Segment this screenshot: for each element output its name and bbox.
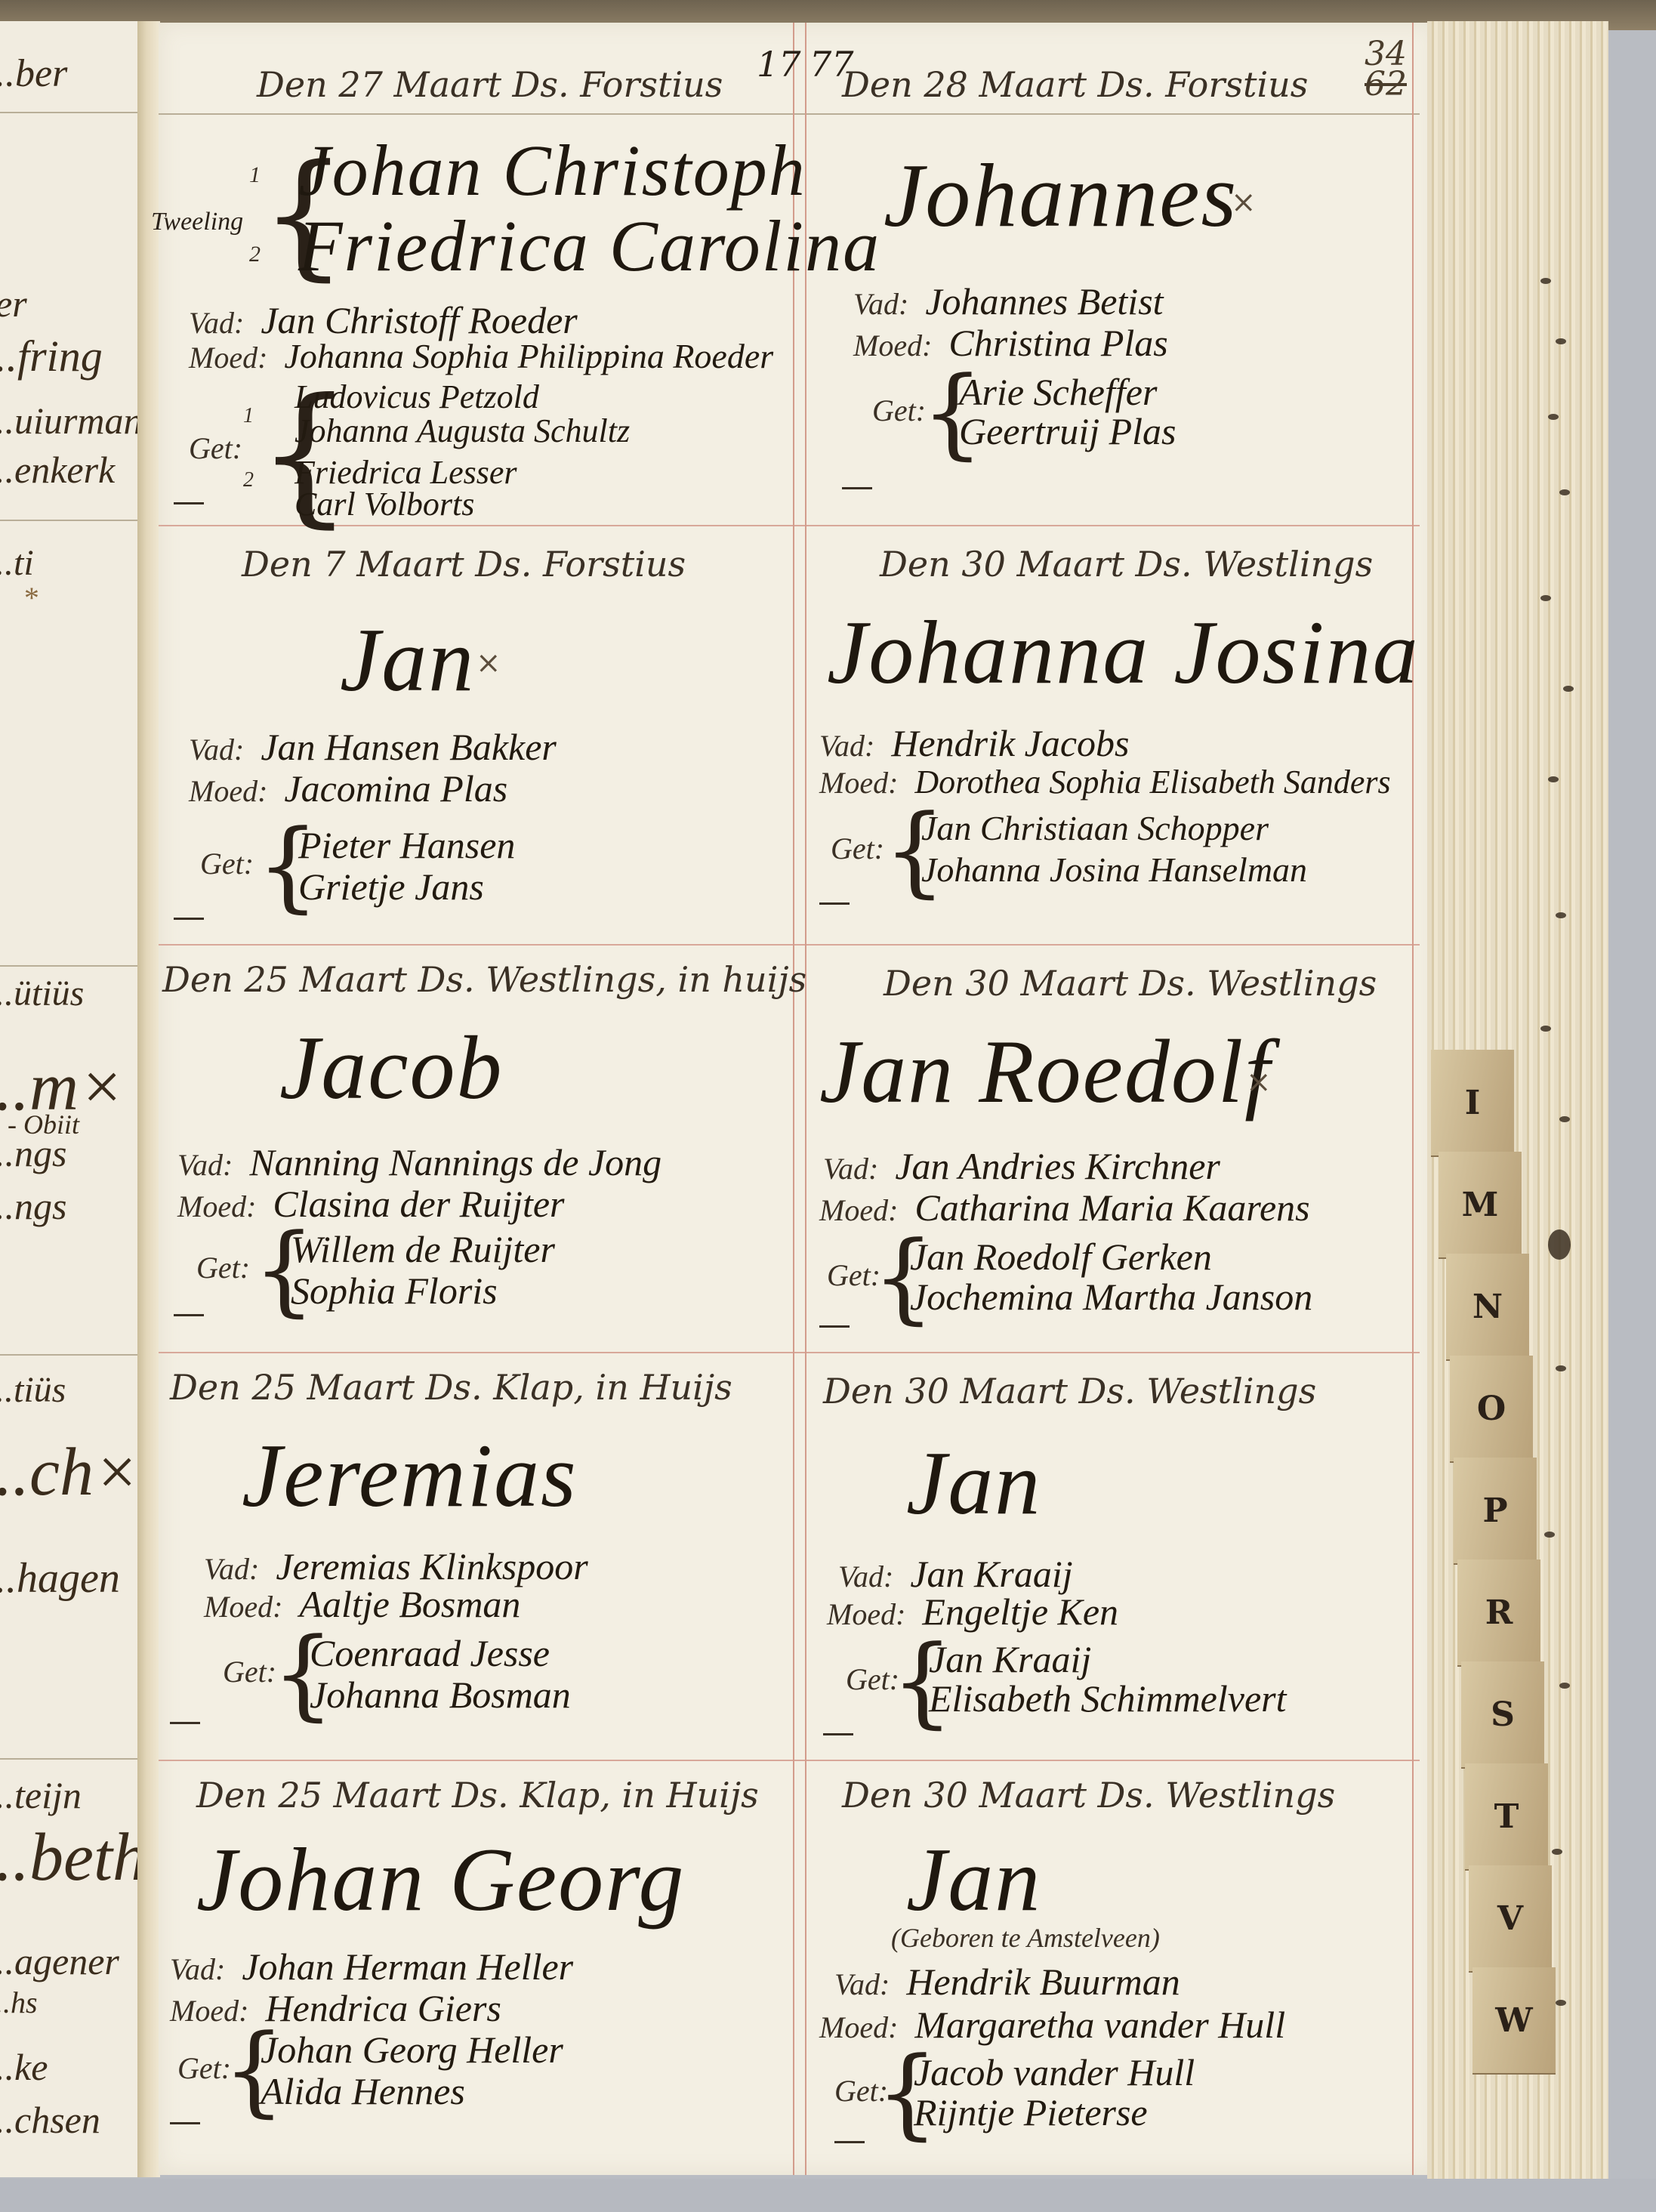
witness-row: Grietje Jans — [298, 865, 484, 909]
witness-name: Johanna Augusta Schultz — [295, 412, 630, 449]
foxing-spot — [1540, 1026, 1551, 1032]
father-label: Vad: — [204, 1551, 259, 1587]
witness-row: Johanna Augusta Schultz — [295, 412, 630, 450]
left-page-text: ..ütiüs — [0, 973, 84, 1014]
witness-row: Jochemina Martha Janson — [910, 1275, 1312, 1319]
index-tab[interactable]: R — [1457, 1560, 1540, 1667]
witness-row: Rijntje Pieterse — [914, 2090, 1148, 2134]
child-name: Johan Christoph — [298, 128, 806, 212]
witness-name: Geertruij Plas — [959, 410, 1176, 452]
witness-row: Jacob vander Hull — [914, 2050, 1195, 2094]
entry-end-dash — [174, 1314, 204, 1316]
mother-row: Moed: Hendrica Giers — [170, 1986, 501, 2030]
mother-row: Moed: Aaltje Bosman — [204, 1582, 520, 1626]
baptism-entry: Den 25 Maart Ds. Klap, in Huijs Jeremias… — [159, 1352, 793, 1760]
left-page-text: er — [0, 282, 27, 325]
father-name: Jan Hansen Bakker — [261, 726, 557, 768]
witnesses-label: Get: — [223, 1654, 276, 1689]
father-label: Vad: — [819, 728, 874, 764]
mother-label: Moed: — [177, 1189, 256, 1224]
left-page-rule — [0, 1758, 137, 1760]
index-tab[interactable]: M — [1439, 1152, 1522, 1259]
cross-mark: × — [1231, 185, 1257, 220]
left-page-text: ..beth — [0, 1819, 137, 1896]
entry-header: Den 30 Maart Ds. Westlings — [842, 1775, 1335, 1816]
entry-header: Den 25 Maart Ds. Klap, in Huijs — [196, 1775, 759, 1816]
witness-group-number: 1 — [243, 404, 254, 428]
foxing-spot — [1548, 414, 1559, 420]
left-page-text: ..chsen — [0, 2098, 100, 2142]
foxing-spot — [1559, 1116, 1570, 1122]
father-label: Vad: — [170, 1951, 225, 1987]
mother-name: Hendrica Giers — [265, 1987, 501, 2029]
witness-row: Elisabeth Schimmelvert — [929, 1677, 1287, 1720]
mother-label: Moed: — [189, 773, 267, 809]
foxing-spot — [1556, 912, 1566, 918]
witness-row: Alida Hennes — [261, 2069, 465, 2113]
witness-row: Geertruij Plas — [959, 409, 1176, 453]
entry-end-dash — [170, 2122, 200, 2124]
child-name: Jeremias — [242, 1424, 578, 1528]
father-row: Vad: Johan Herman Heller — [170, 1945, 573, 1988]
entry-end-dash — [842, 487, 872, 489]
witness-name: Grietje Jans — [298, 865, 484, 908]
left-page-text: ..ch× — [0, 1433, 137, 1511]
foxing-spot — [1548, 1229, 1571, 1260]
child-name: Jan — [340, 608, 475, 712]
baptism-entry: Den 30 Maart Ds. Westlings Jan Roedolf ×… — [808, 944, 1412, 1352]
witnesses-label: Get: — [831, 831, 884, 866]
twin-label: Tweeling — [151, 208, 243, 236]
witness-name: Pieter Hansen — [298, 824, 515, 866]
witness-row: Jan Christiaan Schopper — [921, 808, 1269, 848]
child-name: Johan Georg — [196, 1828, 685, 1932]
father-label: Vad: — [177, 1147, 233, 1183]
mother-name: Clasina der Ruijter — [273, 1183, 564, 1225]
witness-name: Coenraad Jesse — [310, 1632, 550, 1674]
father-name: Jan Christoff Roeder — [261, 299, 577, 341]
foxing-spot — [1556, 338, 1566, 344]
father-row: Vad: Nanning Nannings de Jong — [177, 1140, 661, 1184]
father-name: Johan Herman Heller — [242, 1945, 573, 1988]
left-facing-page: ..ber er ..fring ..uiurman ..enkerk ..ti… — [0, 21, 137, 2177]
left-page-rule — [0, 1354, 137, 1356]
father-label: Vad: — [838, 1559, 893, 1594]
father-row: Vad: Johannes Betist — [853, 279, 1164, 323]
entry-end-dash — [174, 918, 204, 920]
mother-row: Moed: Engeltje Ken — [827, 1590, 1118, 1634]
mother-row: Moed: Clasina der Ruijter — [177, 1182, 565, 1226]
witness-row: Sophia Floris — [291, 1269, 498, 1313]
foxing-spot — [1559, 489, 1570, 495]
mother-row: Moed: Christina Plas — [853, 321, 1168, 365]
witnesses-label: Get: — [872, 393, 926, 428]
foxing-spot — [1556, 2000, 1566, 2006]
baptism-entry: Den 27 Maart Ds. Forstius Tweeling 1 2 {… — [159, 23, 793, 525]
left-page-text: ..uiurman — [0, 399, 137, 443]
father-name: Jan Andries Kirchner — [895, 1145, 1220, 1187]
baptism-entry: Den 25 Maart Ds. Klap, in Huijs Johan Ge… — [159, 1760, 793, 2175]
witness-name: Carl Volborts — [295, 486, 474, 523]
mother-label: Moed: — [189, 340, 267, 375]
left-page-rule — [0, 965, 137, 967]
left-page-text: ..enkerk — [0, 448, 115, 492]
left-page-text: ..ke — [0, 2045, 48, 2089]
father-label: Vad: — [189, 732, 244, 767]
book-gutter — [137, 21, 160, 2177]
father-name: Jan Kraaij — [910, 1553, 1072, 1595]
foxing-spot — [1540, 595, 1551, 601]
father-row: Vad: Hendrik Buurman — [834, 1960, 1180, 2004]
foxing-spot — [1559, 1683, 1570, 1689]
baptism-entry: Den 30 Maart Ds. Westlings Jan Vad: Jan … — [808, 1352, 1412, 1760]
entry-header: Den 28 Maart Ds. Forstius — [842, 64, 1308, 105]
father-name: Johannes Betist — [925, 280, 1163, 322]
witness-name: Jan Kraaij — [929, 1638, 1091, 1680]
witness-name: Ludovicus Petzold — [295, 378, 539, 415]
mother-label: Moed: — [853, 328, 932, 363]
baptism-entry: Den 7 Maart Ds. Forstius Jan × Vad: Jan … — [159, 525, 793, 944]
witness-row: Ludovicus Petzold — [295, 378, 539, 416]
index-tab[interactable]: N — [1446, 1254, 1529, 1361]
witness-row: Willem de Ruijter — [291, 1227, 555, 1271]
entry-header: Den 30 Maart Ds. Westlings — [880, 544, 1373, 585]
entry-end-dash — [819, 1325, 850, 1328]
entry-end-dash — [834, 2141, 865, 2143]
index-tab[interactable]: W — [1473, 1967, 1556, 2075]
father-label: Vad: — [834, 1967, 890, 2002]
mother-name: Jacomina Plas — [284, 767, 507, 810]
father-row: Vad: Hendrik Jacobs — [819, 721, 1130, 765]
index-tab[interactable]: T — [1465, 1763, 1548, 1871]
mother-name: Dorothea Sophia Elisabeth Sanders — [914, 764, 1390, 801]
father-label: Vad: — [853, 286, 908, 322]
witness-name: Alida Hennes — [261, 2070, 465, 2112]
father-name: Hendrik Buurman — [906, 1961, 1180, 2003]
foxing-spot — [1563, 686, 1574, 692]
entry-end-dash — [823, 1733, 853, 1735]
father-row: Vad: Jan Andries Kirchner — [823, 1144, 1220, 1188]
witness-name: Arie Scheffer — [959, 371, 1157, 413]
witness-name: Jan Christiaan Schopper — [921, 809, 1269, 847]
witness-name: Jacob vander Hull — [914, 2051, 1195, 2093]
left-page-rule — [0, 112, 137, 113]
witnesses-label: Get: — [196, 1250, 250, 1285]
center-rule — [793, 23, 794, 2175]
entry-header: Den 30 Maart Ds. Westlings — [884, 963, 1377, 1004]
witness-group-number: 2 — [243, 468, 254, 492]
witness-row: Jan Roedolf Gerken — [910, 1235, 1212, 1279]
foxing-spot — [1544, 1532, 1555, 1538]
witness-name: Elisabeth Schimmelvert — [929, 1677, 1287, 1720]
witness-row: Johan Georg Heller — [261, 2028, 563, 2072]
witness-row: Johanna Josina Hanselman — [921, 850, 1307, 890]
baptism-entry: Den 30 Maart Ds. Westlings Johanna Josin… — [808, 525, 1412, 944]
left-page-text: ..tiüs — [0, 1369, 66, 1411]
mother-name: Catharina Maria Kaarens — [914, 1186, 1309, 1229]
baptism-entry: Den 30 Maart Ds. Westlings Jan (Geboren … — [808, 1760, 1412, 2175]
entry-end-dash — [819, 902, 850, 905]
mother-label: Moed: — [204, 1589, 282, 1624]
background-surface — [0, 2179, 1656, 2212]
foxing-spot — [1548, 776, 1559, 782]
center-rule — [805, 23, 806, 2175]
child-name: Johanna Josina — [827, 600, 1420, 705]
asterisk-mark: * — [23, 580, 38, 615]
witness-row: Jan Kraaij — [929, 1637, 1091, 1681]
alphabet-index-tabs: I M N O P R S T V W — [1431, 1050, 1529, 2137]
index-tab[interactable]: P — [1454, 1458, 1537, 1565]
left-page-text: ..ber — [0, 51, 67, 96]
child-number: 1 — [249, 162, 261, 188]
witness-row: Coenraad Jesse — [310, 1631, 550, 1675]
father-row: Vad: Jan Hansen Bakker — [189, 725, 557, 769]
witness-name: Johanna Josina Hanselman — [921, 850, 1307, 889]
left-page-text: ..ti — [0, 542, 34, 584]
witnesses-label: Get: — [200, 846, 254, 881]
witness-name: Willem de Ruijter — [291, 1228, 555, 1270]
left-page-text: ..agener — [0, 1939, 119, 1983]
left-page-text: ..fring — [0, 331, 103, 381]
child-number: 2 — [249, 242, 261, 267]
witness-row: Arie Scheffer — [959, 370, 1157, 414]
father-label: Vad: — [823, 1151, 878, 1186]
left-page-text: ..ngs — [0, 1184, 66, 1228]
child-name: Jan — [906, 1431, 1041, 1535]
witness-name: Rijntje Pieterse — [914, 2091, 1148, 2133]
child-name: Johannes — [884, 143, 1238, 248]
baptism-entry: Den 25 Maart Ds. Westlings, in huijs Jac… — [159, 944, 793, 1352]
index-tab[interactable]: V — [1469, 1865, 1552, 1973]
left-page-text: ..hs — [0, 1985, 38, 2020]
entry-end-dash — [174, 502, 204, 504]
entry-header: Den 25 Maart Ds. Westlings, in huijs — [162, 959, 806, 1000]
register-page: 17 77 34 62 Den 27 Maart Ds. Forstius Tw… — [159, 23, 1435, 2175]
witness-name: Jan Roedolf Gerken — [910, 1236, 1212, 1278]
mother-row: Moed: Jacomina Plas — [189, 767, 507, 810]
index-tab[interactable]: I — [1431, 1050, 1514, 1157]
foxing-spot — [1540, 278, 1551, 284]
witness-row: Johanna Bosman — [310, 1673, 571, 1717]
cross-mark: × — [1246, 1065, 1272, 1100]
cross-mark: × — [476, 646, 501, 680]
witness-name: Johanna Bosman — [310, 1674, 571, 1716]
witness-name: Jochemina Martha Janson — [910, 1276, 1312, 1318]
child-name: Jacob — [279, 1016, 504, 1120]
child-name: Friedrica Carolina — [298, 204, 880, 288]
entry-header: Den 30 Maart Ds. Westlings — [823, 1371, 1316, 1411]
mother-name: Margaretha vander Hull — [914, 2004, 1285, 2046]
witness-row: Pieter Hansen — [298, 823, 515, 867]
child-name: Jan — [906, 1828, 1041, 1932]
father-label: Vad: — [189, 305, 244, 341]
index-tab[interactable]: O — [1450, 1356, 1533, 1463]
entry-end-dash — [170, 1722, 200, 1724]
foxing-spot — [1552, 1849, 1562, 1855]
birth-place-note: (Geboren te Amstelveen) — [891, 1922, 1160, 1954]
baptism-entry: Den 28 Maart Ds. Forstius Johannes × Vad… — [808, 23, 1412, 525]
foxing-spot — [1556, 1365, 1566, 1371]
left-page-rule — [0, 520, 137, 521]
right-margin-rule — [1412, 23, 1414, 2175]
entry-header: Den 7 Maart Ds. Forstius — [242, 544, 686, 585]
left-page-text: ..hagen — [0, 1554, 120, 1603]
witness-row: Carl Volborts — [295, 485, 474, 523]
entry-header: Den 25 Maart Ds. Klap, in Huijs — [170, 1367, 732, 1408]
entry-header: Den 27 Maart Ds. Forstius — [257, 64, 723, 105]
child-name: Jan Roedolf — [819, 1020, 1272, 1124]
witnesses-label: Get: — [189, 430, 242, 466]
index-tab[interactable]: S — [1461, 1661, 1544, 1769]
witnesses-label-row: Get: — [189, 430, 256, 466]
father-name: Hendrik Jacobs — [891, 722, 1129, 764]
father-name: Nanning Nannings de Jong — [249, 1141, 661, 1183]
witness-name: Sophia Floris — [291, 1270, 498, 1312]
witness-name: Johan Georg Heller — [261, 2028, 563, 2071]
mother-name: Johanna Sophia Philippina Roeder — [284, 337, 773, 375]
left-page-text: ..ngs — [0, 1131, 66, 1175]
left-page-text: ..teijn — [0, 1773, 82, 1817]
father-name: Jeremias Klinkspoor — [276, 1545, 587, 1587]
